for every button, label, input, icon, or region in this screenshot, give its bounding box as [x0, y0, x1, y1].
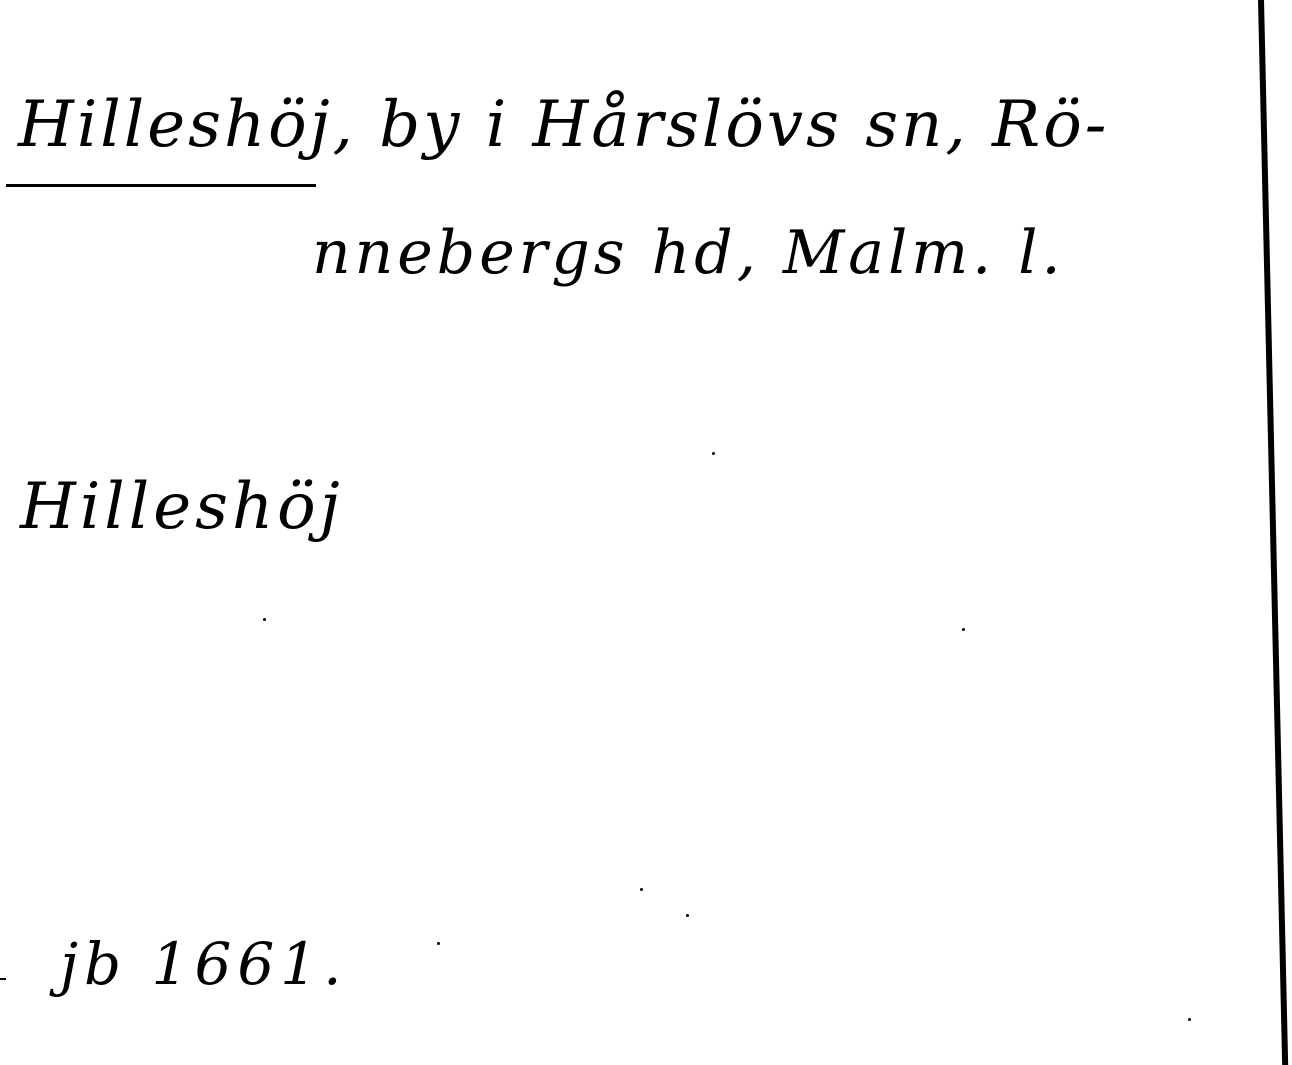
card-right-edge-border	[1258, 0, 1288, 1065]
scan-speck	[1188, 1018, 1191, 1021]
margin-dash	[0, 978, 6, 980]
source-reference: jb 1661.	[60, 930, 348, 998]
headword-underline	[6, 184, 316, 187]
scan-speck	[263, 618, 266, 621]
entry-line-1: Hilleshöj, by i Hårslövs sn, Rö-	[18, 88, 1109, 162]
scan-speck	[686, 914, 689, 917]
scan-speck	[437, 942, 440, 945]
headword: Hilleshöj	[18, 88, 333, 162]
scan-speck	[712, 452, 715, 455]
archive-index-card: Hilleshöj, by i Hårslövs sn, Rö- nneberg…	[0, 0, 1292, 1065]
scan-speck	[962, 628, 965, 631]
entry-line-1-rest: , by i Hårslövs sn, Rö-	[333, 88, 1110, 162]
variant-form: Hilleshöj	[20, 470, 344, 544]
scan-speck	[640, 888, 643, 891]
entry-line-2: nnebergs hd, Malm. l.	[312, 218, 1065, 288]
